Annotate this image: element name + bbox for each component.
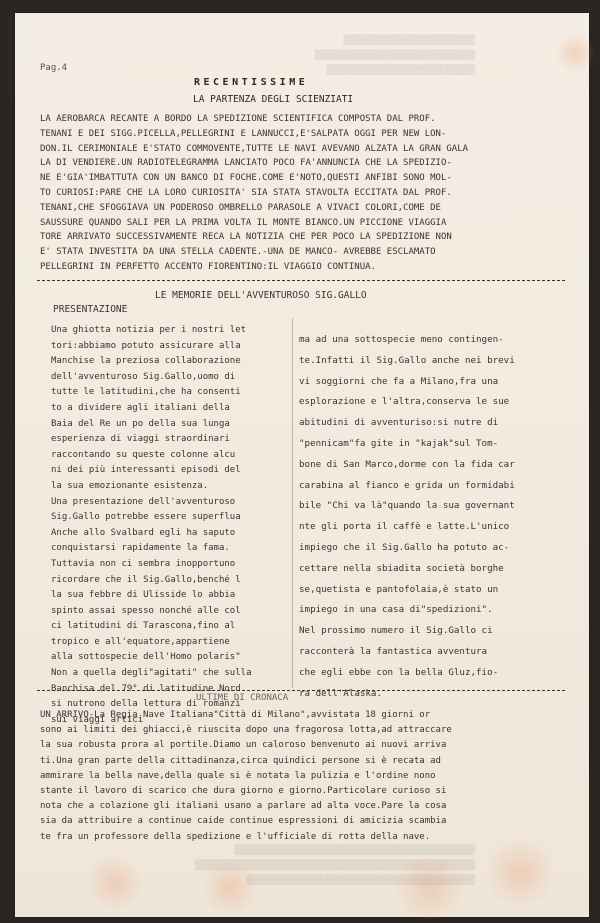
text-line: Manchise la preziosa collaborazione — [51, 354, 251, 370]
cronaca-title: ULTIME DI CRONACA — [196, 693, 288, 703]
left-column-article: Una ghiotta notizia per i nostri lettori… — [51, 323, 251, 728]
section-divider — [37, 690, 565, 691]
text-line: LA DI VENDIERE.UN RADIOTELEGRAMMA LANCIA… — [40, 156, 468, 171]
text-line: cettare nella sbiadita società borghe — [299, 559, 515, 580]
text-line: Sig.Gallo potrebbe essere superflua — [51, 510, 251, 526]
text-line: ci latitudini di Tarascona,fino al — [51, 619, 251, 635]
section-title: LE MEMORIE DELL'AVVENTUROSO SIG.GALLO — [155, 290, 367, 301]
text-line: ammirare la bella nave,della quale si è … — [40, 769, 452, 784]
text-line: te fra un professore della spedizione e … — [40, 830, 452, 845]
text-line: esplorazione e l'altra,conserva le sue — [299, 392, 515, 413]
lead-article: LA AEROBARCA RECANTE A BORDO LA SPEDIZIO… — [40, 112, 468, 275]
text-line: LA AEROBARCA RECANTE A BORDO LA SPEDIZIO… — [40, 112, 468, 127]
text-line: Anche allo Svalbard egli ha saputo — [51, 526, 251, 542]
text-line: impiego che il Sig.Gallo ha potuto ac- — [299, 538, 515, 559]
masthead-title: RECENTISSIME — [194, 77, 308, 88]
text-line: "pennicam"fa gite in "kajak"sul Tom- — [299, 434, 515, 455]
text-line: ni dei più interessanti episodi del — [51, 463, 251, 479]
text-line: impiego in una casa di"spedizioni". — [299, 600, 515, 621]
paper-stain — [485, 833, 555, 913]
text-line: raccontando su queste colonne alcu — [51, 448, 251, 464]
text-line: la sua febbre di Ulisside lo abbia — [51, 588, 251, 604]
text-line: esperienza di viaggi straordinari — [51, 432, 251, 448]
text-line: TENANI E DEI SIGG.PICELLA,PELLEGRINI E L… — [40, 127, 468, 142]
text-line: UN ARRIVO-La Regia Nave Italiana"Città d… — [40, 708, 452, 723]
text-line: sono ai limiti dei ghiacci,è riuscita do… — [40, 723, 452, 738]
text-line: tropico e all'equatore,appartiene — [51, 635, 251, 651]
page-number: Pag.4 — [40, 63, 67, 73]
text-line: bile "Chi va là"quando la sua governant — [299, 496, 515, 517]
text-line: ti.Una gran parte della cittadinanza,cir… — [40, 754, 452, 769]
text-line: se,quetista e pantofolaia,è stato un — [299, 580, 515, 601]
text-line: che egli ebbe con la bella Gluz,fio- — [299, 663, 515, 684]
text-line: la sua robusta prora al portile.Diamo un… — [40, 738, 452, 753]
column-divider — [292, 318, 293, 688]
text-line: Nel prossimo numero il Sig.Gallo ci — [299, 621, 515, 642]
text-line: ricordare che il Sig.Gallo,benché l — [51, 573, 251, 589]
text-line: Baia del Re un po della sua lunga — [51, 417, 251, 433]
text-line: Tuttavia non ci sembra inopportuno — [51, 557, 251, 573]
text-line: bone di San Marco,dorme con la fida car — [299, 455, 515, 476]
text-line: TO CURIOSI:PARE CHE LA LORO CURIOSITA' S… — [40, 186, 468, 201]
text-line: racconterà la fantastica avventura — [299, 642, 515, 663]
text-line: Non a quella degli"agitati" che sulla — [51, 666, 251, 682]
text-line: TORE ARRIVATO SUCCESSIVAMENTE RECA LA NO… — [40, 230, 468, 245]
text-line: tori:abbiamo potuto assicurare alla — [51, 339, 251, 355]
paper-stain — [85, 853, 145, 913]
text-line: NE E'GIA'IMBATTUTA CON UN BANCO DI FOCHE… — [40, 171, 468, 186]
text-line: Una ghiotta notizia per i nostri let — [51, 323, 251, 339]
text-line: stante il lavoro di scarico che dura gio… — [40, 784, 452, 799]
text-line: dell'avventuroso Sig.Gallo,uomo di — [51, 370, 251, 386]
text-line: TENANI,CHE SFOGGIAVA UN PODEROSO OMBRELL… — [40, 201, 468, 216]
text-line: alla sottospecie dell'Homo polaris" — [51, 650, 251, 666]
subhead: PRESENTAZIONE — [53, 304, 127, 315]
text-line: spinto assai spesso nonché alle col — [51, 604, 251, 620]
text-line: la sua emozionante esistenza. — [51, 479, 251, 495]
bleed-through-text: ▒▒▒▒▒▒▒▒▒▒▒▒▒▒▒▒▒▒▒▒▒▒▒ ▒▒▒▒▒▒▒▒▒▒▒▒▒▒▒▒… — [315, 33, 475, 78]
right-column-article: ma ad una sottospecie meno contingen-te.… — [299, 330, 515, 704]
text-line: ra dell'Alaska. — [299, 684, 515, 705]
text-line: to a dividere agli italiani della — [51, 401, 251, 417]
text-line: Una presentazione dell'avventuroso — [51, 495, 251, 511]
cronaca-article: UN ARRIVO-La Regia Nave Italiana"Città d… — [40, 708, 452, 845]
section-divider — [37, 280, 565, 281]
text-line: ma ad una sottospecie meno contingen- — [299, 330, 515, 351]
text-line: abitudini di avventuriso:si nutre di — [299, 413, 515, 434]
bleed-through-text: ▒▒▒▒▒▒▒▒▒▒▒▒▒▒▒▒▒▒▒▒▒▒▒▒▒▒▒▒▒▒▒▒▒▒▒▒▒▒▒▒… — [195, 843, 475, 888]
text-line: te.Infatti il Sig.Gallo anche nei brevi — [299, 351, 515, 372]
text-line: PELLEGRINI IN PERFETTO ACCENTO FIORENTIN… — [40, 260, 468, 275]
text-line: DON.IL CERIMONIALE E'STATO COMMOVENTE,TU… — [40, 142, 468, 157]
text-line: nota che a colazione gli italiani usano … — [40, 799, 452, 814]
text-line: carabina al fianco e grida un formidabi — [299, 476, 515, 497]
text-line: conquistarsi rapidamente la fama. — [51, 541, 251, 557]
text-line: sia da attribuire a continue caide conti… — [40, 814, 452, 829]
text-line: SAUSSURE QUANDO SALI PER LA PRIMA VOLTA … — [40, 216, 468, 231]
text-line: tutte le latitudini,che ha consenti — [51, 385, 251, 401]
paper-stain — [555, 33, 595, 73]
text-line: vi soggiorni che fa a Milano,fra una — [299, 372, 515, 393]
text-line: nte gli porta il caffè e latte.L'unico — [299, 517, 515, 538]
lead-headline: LA PARTENZA DEGLI SCIENZIATI — [193, 94, 353, 105]
text-line: E' STATA INVESTITA DA UNA STELLA CADENTE… — [40, 245, 468, 260]
